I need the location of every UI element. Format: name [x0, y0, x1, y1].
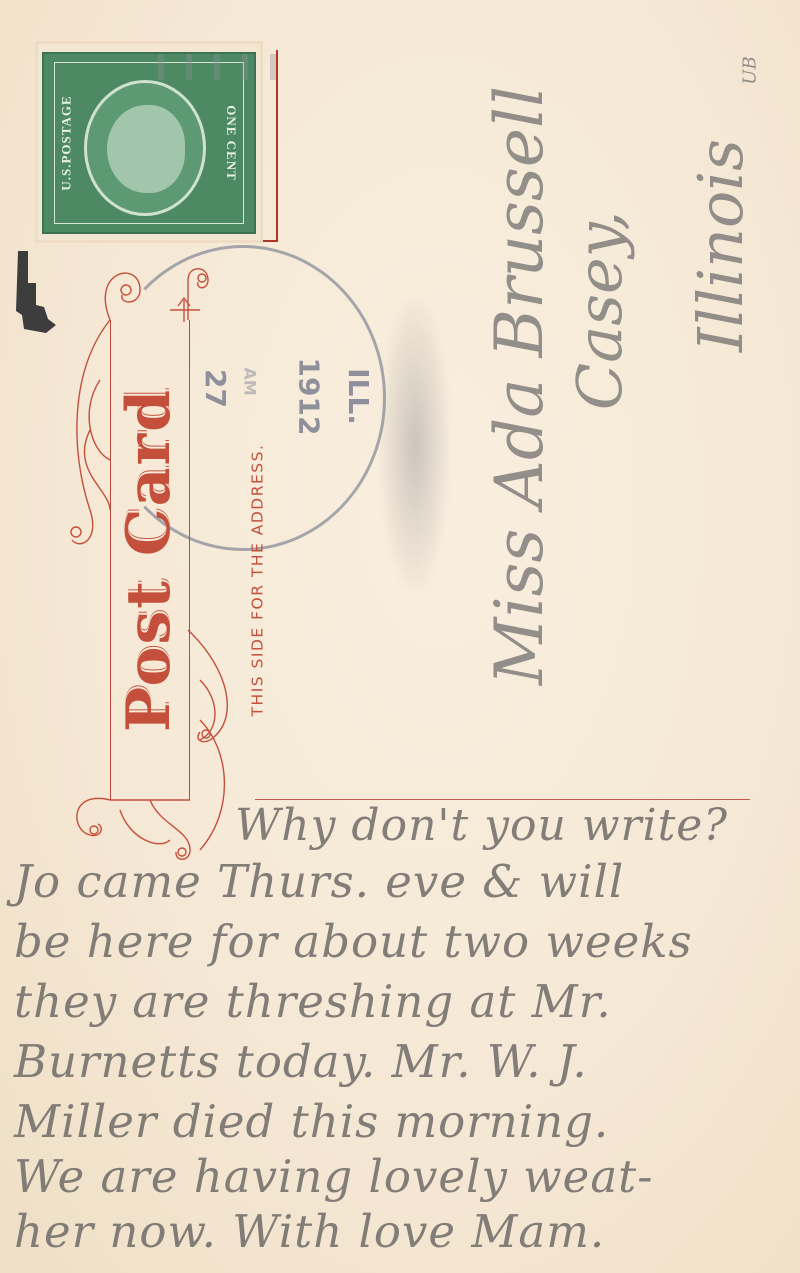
portrait-icon: [107, 105, 185, 193]
stamp-right-text: ONE CENT: [223, 105, 239, 181]
address-annotation: UB: [740, 56, 761, 84]
stamp-portrait: [84, 80, 206, 216]
stamp-left-text: U.S.POSTAGE: [59, 95, 75, 190]
address-side-note: THIS SIDE FOR THE ADDRESS.: [248, 444, 266, 717]
message-line: We are having lovely weat-: [14, 1150, 653, 1203]
postage-stamp: U.S.POSTAGE ONE CENT: [38, 44, 260, 240]
message-line: be here for about two weeks: [14, 915, 693, 968]
cancellation-bars: [158, 54, 288, 84]
message-line: Miller died this morning.: [14, 1095, 609, 1148]
postcard-title: Post Card: [114, 388, 184, 732]
message-line: Jo came Thurs. eve & will: [14, 855, 624, 908]
address-state: Illinois: [683, 139, 756, 352]
message-line: Burnetts today. Mr. W. J.: [14, 1035, 588, 1088]
ink-mark-icon: [10, 245, 60, 337]
postcard-back: U.S.POSTAGE ONE CENT 27 AM 1912 ILL.: [0, 0, 800, 1273]
postmark-year: 1912: [292, 358, 325, 436]
message-line: Why don't you write?: [235, 800, 728, 851]
message-line: they are threshing at Mr.: [14, 975, 612, 1028]
message-line: her now. With love Mam.: [14, 1205, 605, 1258]
